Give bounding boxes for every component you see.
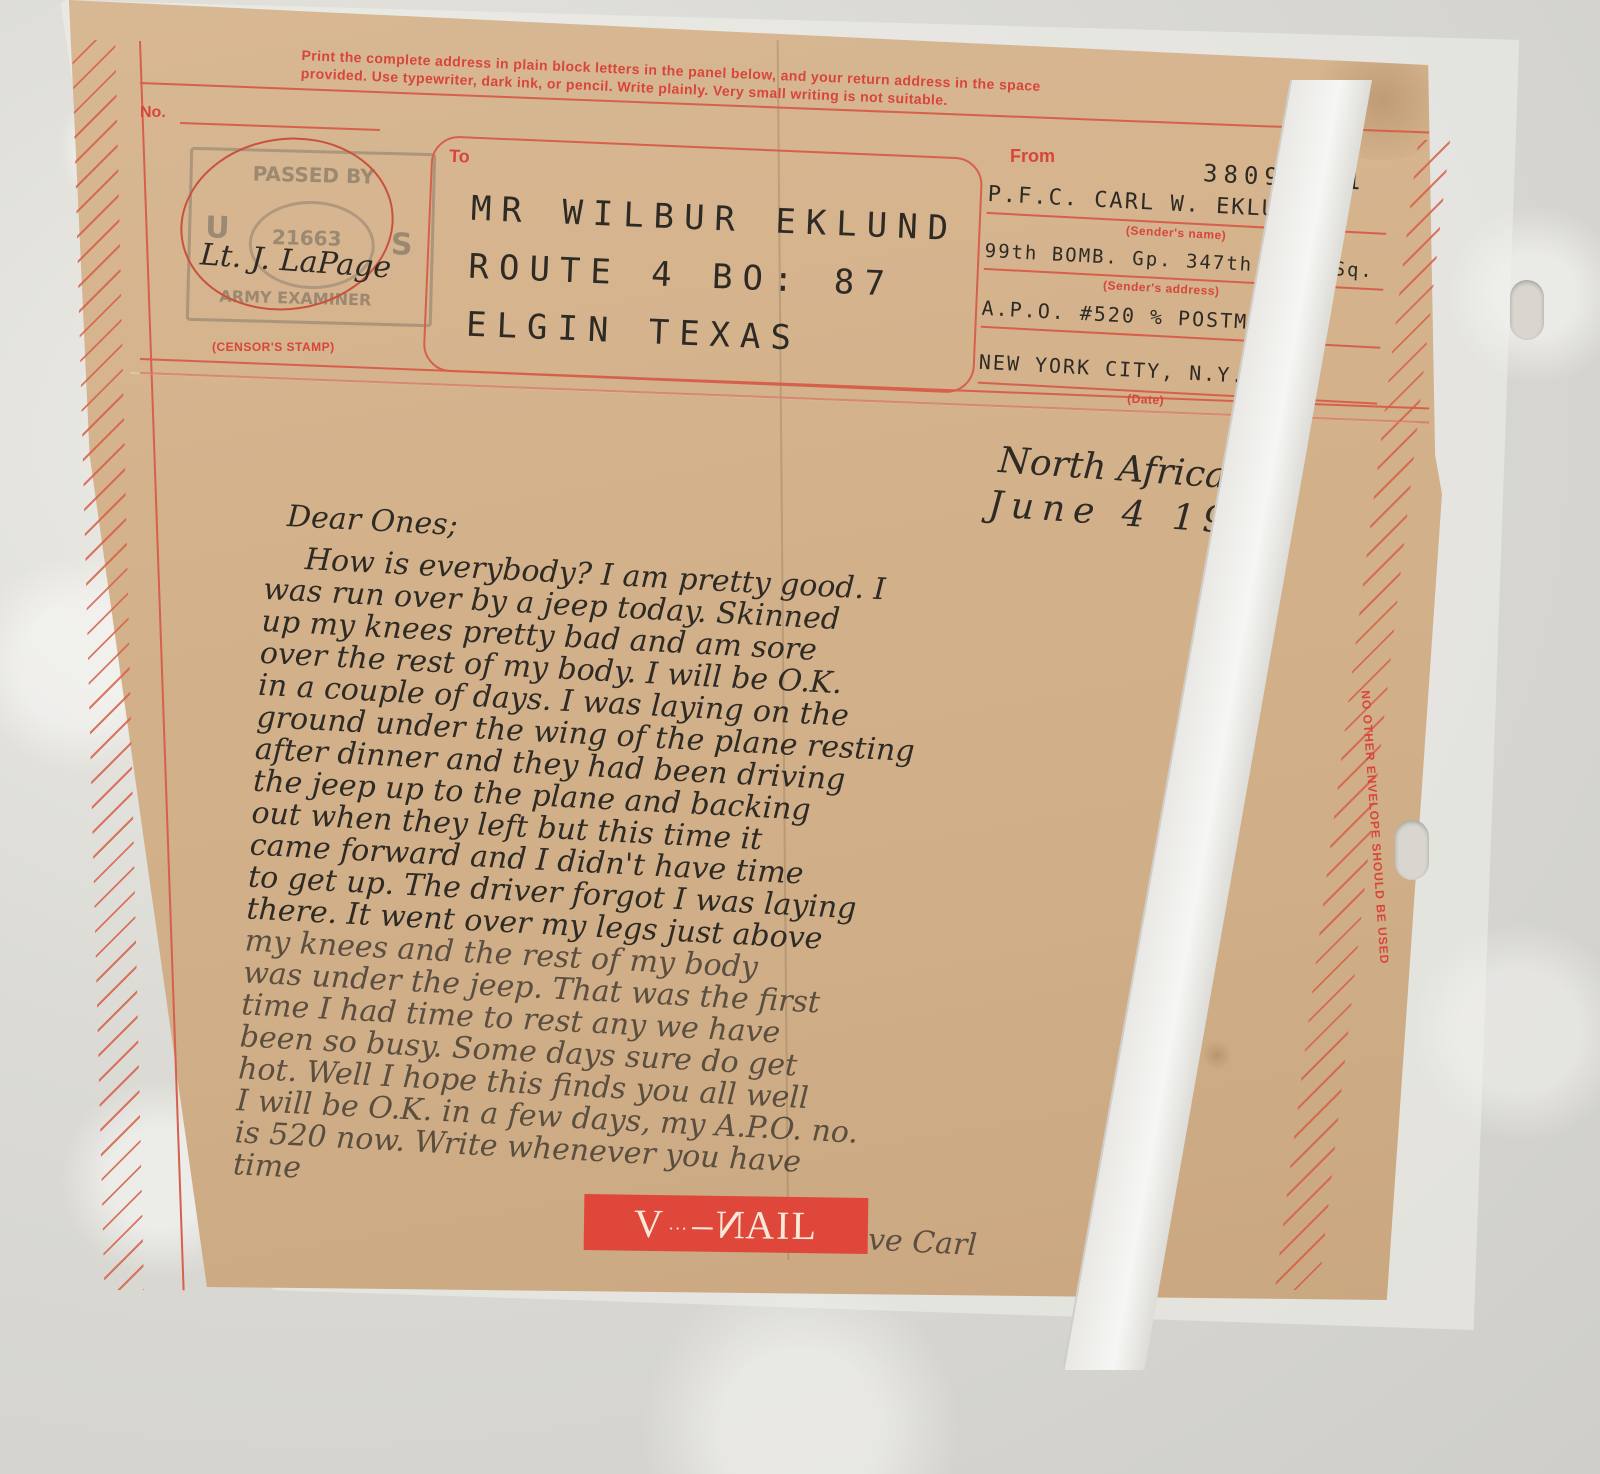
vmail-dash: – bbox=[692, 1200, 715, 1247]
stamp-letter-s: S bbox=[390, 227, 413, 263]
number-label: No. bbox=[140, 104, 166, 122]
recipient-line-1: MR WILBUR EKLUND bbox=[470, 189, 959, 249]
vmail-logo: V ... – N AIL bbox=[584, 1194, 869, 1254]
vmail-n: N bbox=[714, 1200, 746, 1247]
sender-name-caption: (Sender's name) bbox=[1126, 223, 1227, 242]
vmail-ail: AIL bbox=[745, 1201, 818, 1249]
sender-city: NEW YORK CITY, N.Y. bbox=[978, 350, 1246, 388]
recipient-line-3: ELGIN TEXAS bbox=[465, 305, 802, 359]
recipient-line-2: ROUTE 4 BO: 87 bbox=[468, 247, 896, 305]
binder-hole-top bbox=[1510, 280, 1544, 340]
to-label: To bbox=[449, 146, 471, 168]
date-caption: (Date) bbox=[1127, 392, 1165, 408]
censor-stamp-label: (CENSOR'S STAMP) bbox=[212, 340, 335, 354]
vmail-dots: ... bbox=[669, 1213, 689, 1234]
binder-hole-bottom bbox=[1395, 820, 1429, 880]
vmail-v: V bbox=[634, 1199, 666, 1246]
recipient-address-panel: To MR WILBUR EKLUND ROUTE 4 BO: 87 ELGIN… bbox=[422, 135, 983, 394]
